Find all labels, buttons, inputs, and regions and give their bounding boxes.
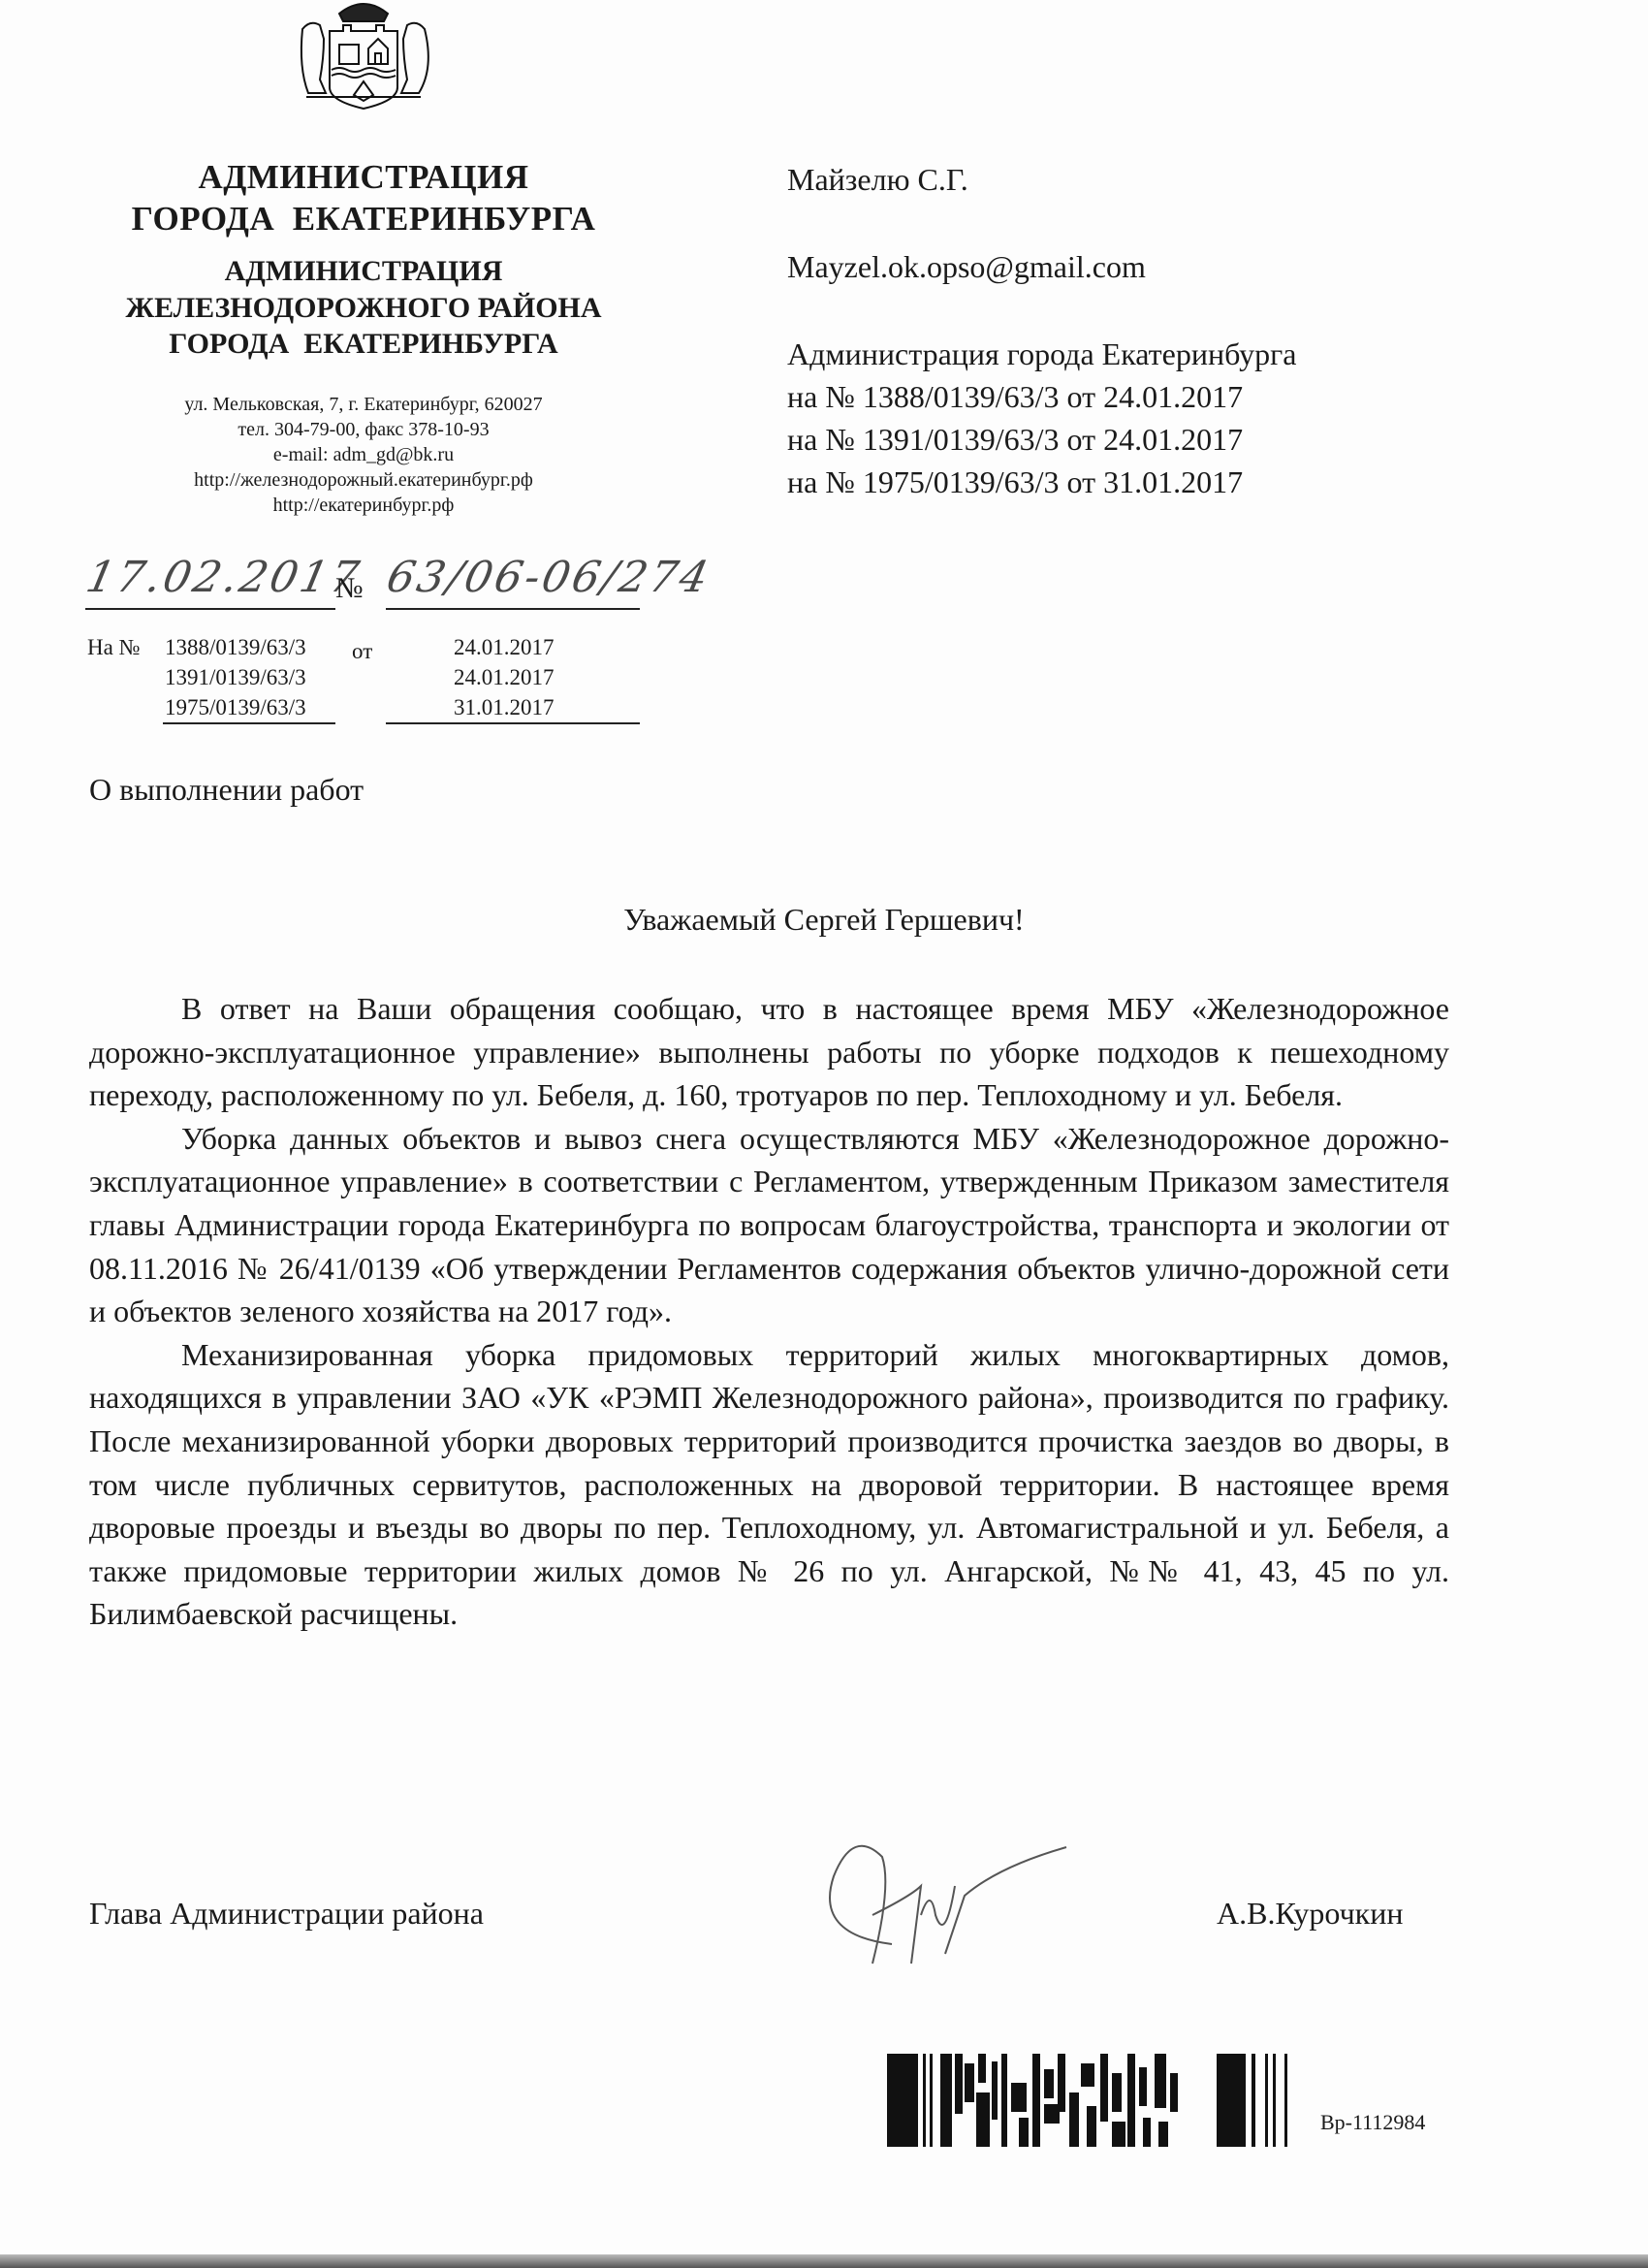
recipient-ref-line-1: на № 1388/0139/63/3 от 24.01.2017 (787, 378, 1243, 415)
reply-ref-number-3: 1975/0139/63/3 (165, 692, 306, 722)
letterhead-district-admin-line3: ГОРОДА ЕКАТЕРИНБУРГА (58, 327, 669, 362)
reply-ref-number-1: 1388/0139/63/3 (165, 632, 306, 662)
subject-line: О выполнении работ (89, 772, 364, 808)
date-underline (85, 608, 335, 610)
recipient-ref-line-3: на № 1975/0139/63/3 от 31.01.2017 (787, 463, 1243, 500)
letterhead-district-admin-line1: АДМИНИСТРАЦИЯ (58, 254, 669, 289)
letter-body: В ответ на Ваши обращения сообщаю, что в… (89, 987, 1449, 1636)
registration-number: Вр-1112984 (1320, 2110, 1425, 2135)
ref-date-underline (386, 722, 640, 724)
reply-ref-number-2: 1391/0139/63/3 (165, 662, 306, 692)
recipient-ref-line-2: на № 1391/0139/63/3 от 24.01.2017 (787, 421, 1243, 458)
letterhead-email[interactable]: e-mail: adm_gd@bk.ru (58, 442, 669, 467)
body-paragraph-1: В ответ на Ваши обращения сообщаю, что в… (89, 987, 1449, 1117)
outgoing-number: 63/06-06/274 (383, 553, 715, 602)
letterhead-address: ул. Мельковская, 7, г. Екатеринбург, 620… (58, 392, 669, 417)
body-paragraph-2: Уборка данных объектов и вывоз снега осу… (89, 1117, 1449, 1333)
letterhead-district-admin-line2: ЖЕЛЕЗНОДОРОЖНОГО РАЙОНА (58, 291, 669, 326)
reply-label: На № (87, 632, 141, 662)
handwritten-signature-icon (776, 1828, 1086, 1973)
salutation: Уважаемый Сергей Гершевич! (0, 902, 1648, 938)
reply-ref-date-1: 24.01.2017 (454, 632, 555, 662)
recipient-via: Администрация города Екатеринбурга (787, 335, 1296, 372)
reply-from-label: от (352, 636, 372, 666)
letterhead-website-district[interactable]: http://железнодорожный.екатеринбург.рф (58, 467, 669, 493)
letterhead-phone-fax: тел. 304-79-00, факс 378-10-93 (58, 417, 669, 442)
letterhead-city-admin-line1: АДМИНИСТРАЦИЯ (58, 157, 669, 198)
number-underline (386, 608, 640, 610)
outgoing-date: 17.02.2017 (82, 553, 366, 602)
recipient-email[interactable]: Mayzel.ok.opso@gmail.com (787, 248, 1146, 285)
letterhead-website-city[interactable]: http://екатеринбург.рф (58, 493, 669, 518)
reply-ref-date-3: 31.01.2017 (454, 692, 555, 722)
body-paragraph-3: Механизированная уборка придомовых терри… (89, 1333, 1449, 1636)
number-label: № (335, 572, 364, 605)
recipient-name: Майзелю С.Г. (787, 161, 968, 198)
pdf417-barcode-icon (887, 2054, 1304, 2147)
ref-number-underline (163, 722, 335, 724)
coat-of-arms-icon (281, 0, 446, 116)
reply-ref-date-2: 24.01.2017 (454, 662, 555, 692)
signatory-name: А.В.Курочкин (1217, 1896, 1403, 1932)
letterhead-city-admin-line2: ГОРОДА ЕКАТЕРИНБУРГА (58, 199, 669, 240)
scan-edge (0, 2254, 1648, 2268)
signatory-position: Глава Администрации района (89, 1896, 484, 1932)
